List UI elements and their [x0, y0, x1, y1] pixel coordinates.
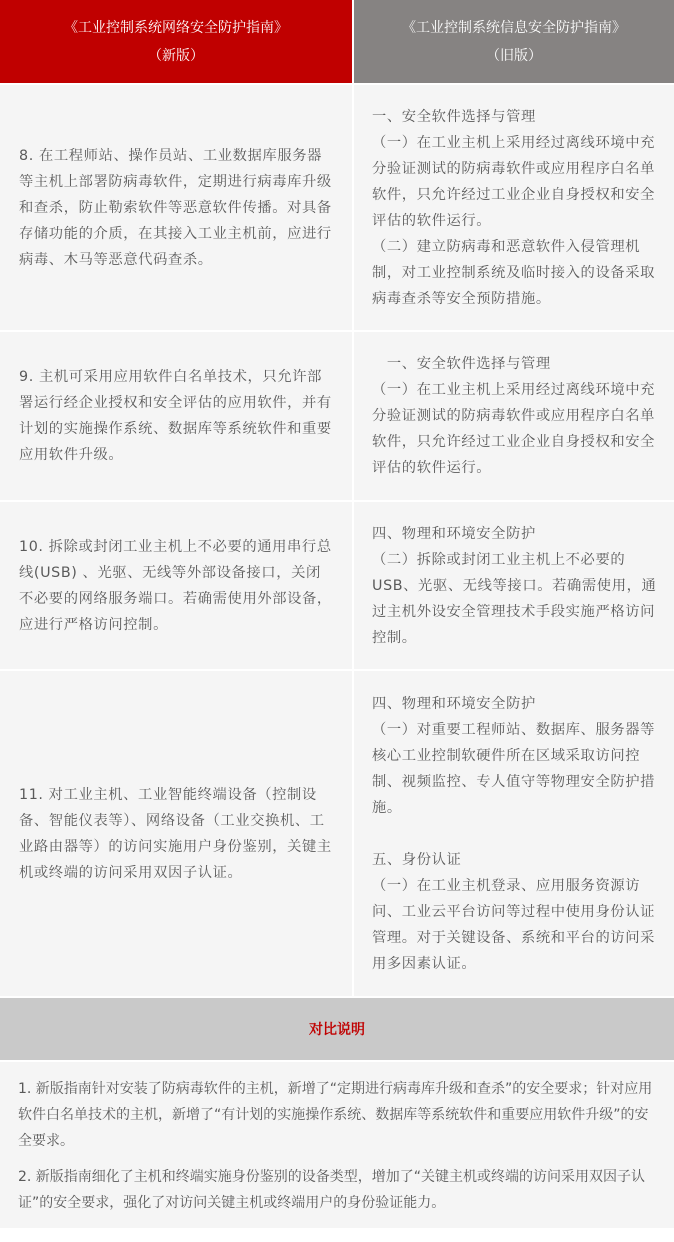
old-clause-11: 四、物理和环境安全防护 （一）对重要工程师站、数据库、服务器等核心工业控制软硬件…: [354, 671, 674, 996]
header-new-subtitle: （新版）: [0, 47, 352, 65]
clause-text: 8. 在工程师站、操作员站、工业数据库服务器等主机上部署防病毒软件，定期进行病毒…: [19, 143, 334, 273]
comparison-table: 《工业控制系统网络安全防护指南》 （新版） 《工业控制系统信息安全防护指南》 （…: [0, 0, 674, 1228]
old-clause-10: 四、物理和环境安全防护 （二）拆除或封闭工业主机上不必要的USB、光驱、无线等接…: [354, 502, 674, 669]
header-new-title: 《工业控制系统网络安全防护指南》: [0, 19, 352, 37]
summary-heading: 对比说明: [0, 998, 674, 1060]
old-clause-8: 一、安全软件选择与管理 （一）在工业主机上采用经过离线环境中充分验证测试的防病毒…: [354, 85, 674, 330]
section-heading: 一、安全软件选择与管理: [372, 351, 658, 377]
table-row: 8. 在工程师站、操作员站、工业数据库服务器等主机上部署防病毒软件，定期进行病毒…: [0, 85, 674, 330]
table-row: 9. 主机可采用应用软件白名单技术，只允许部署运行经企业授权和安全评估的应用软件…: [0, 332, 674, 500]
header-row: 《工业控制系统网络安全防护指南》 （新版） 《工业控制系统信息安全防护指南》 （…: [0, 0, 674, 83]
section-heading: 一、安全软件选择与管理: [372, 104, 658, 130]
clause-text: （一）在工业主机上采用经过离线环境中充分验证测试的防病毒软件或应用程序白名单软件…: [372, 377, 658, 481]
summary-item: 1. 新版指南针对安装了防病毒软件的主机，新增了“定期进行病毒库升级和查杀”的安…: [18, 1076, 656, 1154]
clause-text: （一）对重要工程师站、数据库、服务器等核心工业控制软硬件所在区域采取访问控制、视…: [372, 717, 658, 821]
header-old-version: 《工业控制系统信息安全防护指南》 （旧版）: [354, 0, 674, 83]
table-row: 11. 对工业主机、工业智能终端设备（控制设备、智能仪表等）、网络设备（工业交换…: [0, 671, 674, 996]
summary-title: 对比说明: [309, 1019, 365, 1039]
new-clause-8: 8. 在工程师站、操作员站、工业数据库服务器等主机上部署防病毒软件，定期进行病毒…: [0, 85, 352, 330]
spacer: [372, 821, 658, 847]
section-heading: 四、物理和环境安全防护: [372, 521, 658, 547]
old-clause-9: 一、安全软件选择与管理 （一）在工业主机上采用经过离线环境中充分验证测试的防病毒…: [354, 332, 674, 500]
header-new-version: 《工业控制系统网络安全防护指南》 （新版）: [0, 0, 352, 83]
section-heading: 四、物理和环境安全防护: [372, 691, 658, 717]
table-row: 10. 拆除或封闭工业主机上不必要的通用串行总线(USB) 、光驱、无线等外部设…: [0, 502, 674, 669]
new-clause-9: 9. 主机可采用应用软件白名单技术，只允许部署运行经企业授权和安全评估的应用软件…: [0, 332, 352, 500]
summary-item: 2. 新版指南细化了主机和终端实施身份鉴别的设备类型，增加了“关键主机或终端的访…: [18, 1164, 656, 1216]
summary-body: 1. 新版指南针对安装了防病毒软件的主机，新增了“定期进行病毒库升级和查杀”的安…: [0, 1062, 674, 1228]
clause-text: 10. 拆除或封闭工业主机上不必要的通用串行总线(USB) 、光驱、无线等外部设…: [19, 534, 334, 638]
header-old-subtitle: （旧版）: [354, 47, 674, 65]
header-old-title: 《工业控制系统信息安全防护指南》: [354, 19, 674, 37]
new-clause-10: 10. 拆除或封闭工业主机上不必要的通用串行总线(USB) 、光驱、无线等外部设…: [0, 502, 352, 669]
clause-text: （一）在工业主机上采用经过离线环境中充分验证测试的防病毒软件或应用程序白名单软件…: [372, 130, 658, 234]
clause-text: （一）在工业主机登录、应用服务资源访问、工业云平台访问等过程中使用身份认证管理。…: [372, 873, 658, 977]
clause-text: 11. 对工业主机、工业智能终端设备（控制设备、智能仪表等）、网络设备（工业交换…: [19, 782, 334, 886]
clause-text: （二）拆除或封闭工业主机上不必要的USB、光驱、无线等接口。若确需使用，通过主机…: [372, 547, 658, 651]
clause-text: （二）建立防病毒和恶意软件入侵管理机制，对工业控制系统及临时接入的设备采取病毒查…: [372, 234, 658, 312]
section-heading: 五、身份认证: [372, 847, 658, 873]
clause-text: 9. 主机可采用应用软件白名单技术，只允许部署运行经企业授权和安全评估的应用软件…: [19, 364, 334, 468]
new-clause-11: 11. 对工业主机、工业智能终端设备（控制设备、智能仪表等）、网络设备（工业交换…: [0, 671, 352, 996]
